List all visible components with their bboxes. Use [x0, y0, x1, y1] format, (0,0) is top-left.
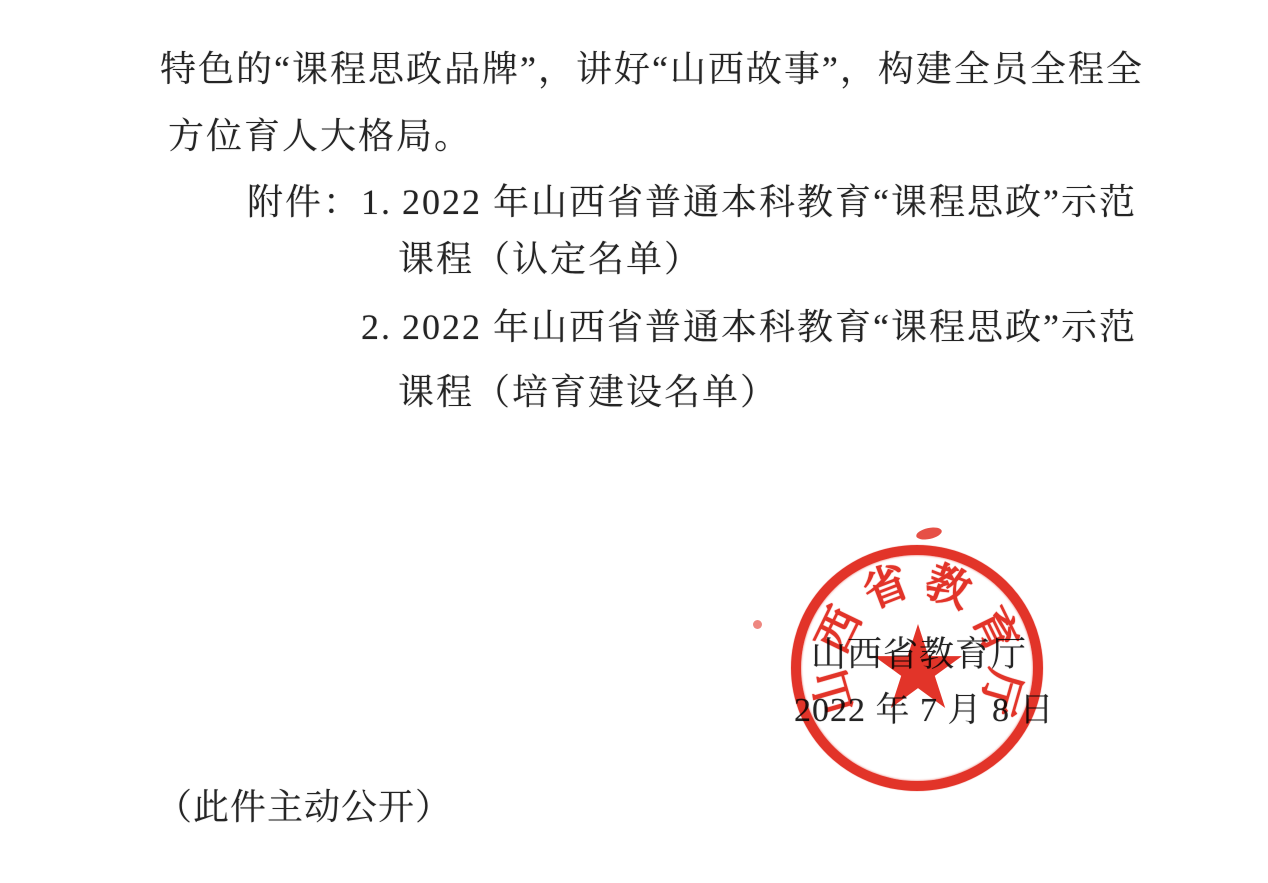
- attachment-2-number: 2.: [361, 307, 392, 347]
- attachment-1-line: 附件：1.2022 年山西省普通本科教育“课程思政”示范: [247, 183, 1137, 223]
- body-paragraph-line-1: 特色的“课程思政品牌”，讲好“山西故事”，构建全员全程全: [160, 50, 1144, 90]
- seal-ink-smudge: [915, 525, 943, 541]
- document-page: 特色的“课程思政品牌”，讲好“山西故事”，构建全员全程全 方位育人大格局。 附件…: [0, 0, 1268, 883]
- attachment-1-continuation: 课程（认定名单）: [398, 240, 702, 280]
- attachments-label: 附件：: [247, 182, 361, 222]
- seal-ink-speck: [753, 620, 762, 629]
- body-paragraph-line-2: 方位育人大格局。: [168, 117, 472, 157]
- footer-note: （此件主动公开）: [156, 788, 452, 828]
- attachment-2-title: 2022 年山西省普通本科教育“课程思政”示范: [402, 307, 1137, 347]
- attachment-1-title: 2022 年山西省普通本科教育“课程思政”示范: [402, 182, 1137, 222]
- attachment-2-continuation: 课程（培育建设名单）: [398, 373, 778, 413]
- attachment-1-number: 1.: [361, 182, 392, 222]
- attachment-2-line: 2.2022 年山西省普通本科教育“课程思政”示范: [361, 308, 1137, 348]
- official-seal: 山 西 省 教 育 厅: [791, 545, 1043, 791]
